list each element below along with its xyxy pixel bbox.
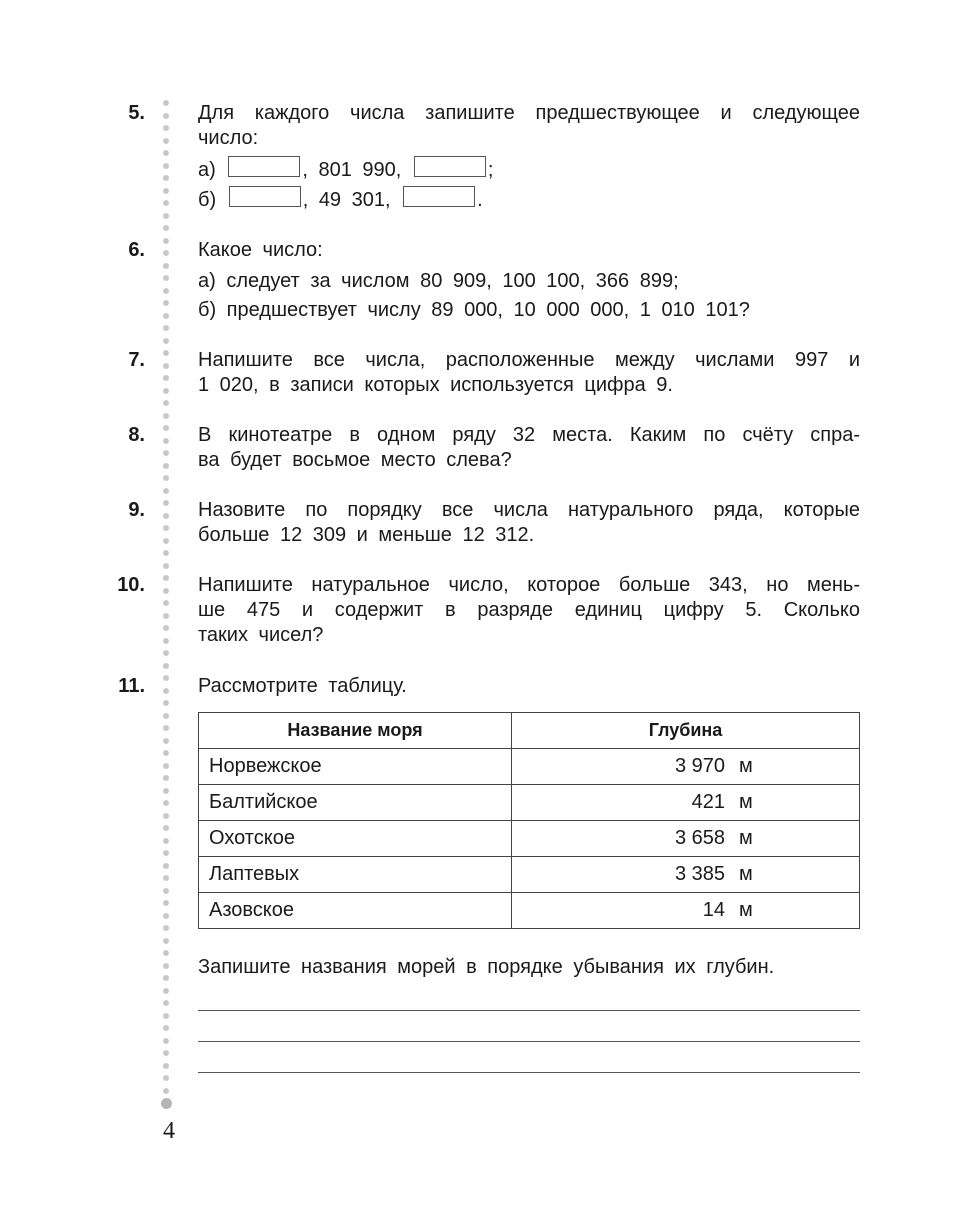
margin-dot	[163, 375, 169, 381]
margin-dot	[163, 300, 169, 306]
margin-dot	[163, 163, 169, 169]
margin-dot	[163, 513, 169, 519]
margin-dot	[163, 400, 169, 406]
margin-dot	[163, 925, 169, 931]
margin-dot	[163, 325, 169, 331]
sea-depth-cell: 3 658м	[512, 821, 860, 857]
margin-dot	[163, 288, 169, 294]
margin-dot	[163, 413, 169, 419]
task-5-a-next-box[interactable]	[414, 156, 486, 177]
margin-dot	[163, 238, 169, 244]
depth-value: 14	[703, 899, 725, 921]
margin-dot	[163, 250, 169, 256]
depth-unit: м	[739, 827, 753, 850]
margin-dot	[163, 1000, 169, 1006]
margin-dot	[163, 1050, 169, 1056]
depth-unit: м	[739, 791, 753, 814]
task-11-instruction: Запишите названия морей в порядке убыван…	[198, 955, 860, 980]
margin-dot	[163, 988, 169, 994]
seas-depth-table: Название моря Глубина Норвежское3 970мБа…	[198, 712, 860, 929]
margin-dot	[163, 525, 169, 531]
task-8-line2: ва будет восьмое место слева?	[198, 448, 860, 473]
header-depth: Глубина	[512, 713, 860, 749]
margin-dot	[163, 963, 169, 969]
period: .	[477, 189, 483, 211]
task-10-number: 10.	[117, 573, 145, 598]
sea-name-cell: Балтийское	[199, 785, 512, 821]
sea-depth-cell: 14м	[512, 893, 860, 929]
table-header-row: Название моря Глубина	[199, 713, 860, 749]
margin-dot	[163, 388, 169, 394]
margin-dot	[163, 225, 169, 231]
margin-dot	[163, 1025, 169, 1031]
sea-name-cell: Азовское	[199, 893, 512, 929]
margin-dot	[163, 888, 169, 894]
task-9-line1: Назовите по порядку все числа натурально…	[198, 498, 860, 523]
margin-dot	[163, 1088, 169, 1094]
margin-dot	[163, 363, 169, 369]
margin-dot	[163, 713, 169, 719]
margin-dot	[163, 550, 169, 556]
margin-dot	[163, 850, 169, 856]
margin-dot	[163, 775, 169, 781]
margin-dot	[163, 500, 169, 506]
margin-dot	[163, 188, 169, 194]
margin-dot	[163, 625, 169, 631]
margin-dot	[163, 838, 169, 844]
task-7-line2: 1 020, в записи которых используется циф…	[198, 373, 860, 398]
margin-dot	[163, 825, 169, 831]
sea-depth-cell: 421м	[512, 785, 860, 821]
task-6-b: б) предшествует числу 89 000, 10 000 000…	[198, 296, 860, 325]
answer-line-2[interactable]	[198, 1041, 860, 1042]
margin-dot	[163, 913, 169, 919]
task-5-text-line1: Для каждого числа запишите предшествующе…	[198, 101, 860, 126]
depth-unit: м	[739, 863, 753, 886]
task-6: Какое число: а) следует за числом 80 909…	[198, 238, 860, 325]
semicolon: ;	[488, 159, 494, 181]
margin-dot	[163, 313, 169, 319]
task-11-text: Рассмотрите таблицу.	[198, 674, 860, 699]
sea-name-cell: Лаптевых	[199, 857, 512, 893]
margin-dot	[163, 263, 169, 269]
margin-dot	[163, 613, 169, 619]
table-row: Норвежское3 970м	[199, 749, 860, 785]
margin-dot	[163, 788, 169, 794]
task-7-line1: Напишите все числа, расположенные между …	[198, 348, 860, 373]
table-row: Балтийское421м	[199, 785, 860, 821]
table-row: Лаптевых3 385м	[199, 857, 860, 893]
task-5-b-previous-box[interactable]	[229, 186, 301, 207]
margin-dot	[163, 875, 169, 881]
margin-dot	[163, 900, 169, 906]
margin-dot	[163, 600, 169, 606]
margin-dot	[163, 813, 169, 819]
margin-dot	[163, 538, 169, 544]
task-9: Назовите по порядку все числа натурально…	[198, 498, 860, 548]
task-10-line3: таких чисел?	[198, 623, 860, 648]
task-5-b-row: б) , 49 301, .	[198, 185, 860, 215]
task-9-line2: больше 12 309 и меньше 12 312.	[198, 523, 860, 548]
sea-depth-cell: 3 385м	[512, 857, 860, 893]
margin-end-dot	[161, 1098, 172, 1109]
task-7-number: 7.	[128, 348, 145, 373]
task-10-line2: ше 475 и содержит в разряде единиц цифру…	[198, 598, 860, 623]
margin-dot	[163, 150, 169, 156]
task-6-text: Какое число:	[198, 238, 860, 263]
sea-name-cell: Охотское	[199, 821, 512, 857]
margin-dot	[163, 575, 169, 581]
margin-dot	[163, 950, 169, 956]
margin-dot	[163, 763, 169, 769]
margin-dot	[163, 438, 169, 444]
task-6-a: а) следует за числом 80 909, 100 100, 36…	[198, 267, 860, 296]
margin-dot	[163, 138, 169, 144]
comma: ,	[303, 189, 309, 211]
comma: ,	[302, 159, 308, 181]
margin-dotted-line	[161, 100, 171, 1110]
margin-dot	[163, 738, 169, 744]
margin-dot	[163, 338, 169, 344]
task-5-b-value: 49 301,	[319, 189, 391, 211]
margin-dot	[163, 100, 169, 106]
task-5-b-next-box[interactable]	[403, 186, 475, 207]
margin-dot	[163, 1063, 169, 1069]
task-8-number: 8.	[128, 423, 145, 448]
task-5-b-label: б)	[198, 189, 216, 211]
depth-value: 3 658	[675, 827, 725, 849]
task-5-a-previous-box[interactable]	[228, 156, 300, 177]
depth-value: 421	[692, 791, 725, 813]
margin-dot	[163, 213, 169, 219]
margin-dot	[163, 200, 169, 206]
margin-dot	[163, 650, 169, 656]
margin-dot	[163, 1075, 169, 1081]
margin-dot	[163, 113, 169, 119]
margin-dot	[163, 450, 169, 456]
margin-dot	[163, 638, 169, 644]
margin-dot	[163, 350, 169, 356]
answer-line-1[interactable]	[198, 1010, 860, 1011]
task-6-number: 6.	[128, 238, 145, 263]
margin-dot	[163, 800, 169, 806]
sea-depth-cell: 3 970м	[512, 749, 860, 785]
header-sea-name: Название моря	[199, 713, 512, 749]
margin-dot	[163, 1038, 169, 1044]
margin-dot	[163, 863, 169, 869]
margin-dot	[163, 563, 169, 569]
margin-dot	[163, 975, 169, 981]
task-5-a-value: 801 990,	[318, 159, 401, 181]
margin-dot	[163, 125, 169, 131]
margin-dot	[163, 588, 169, 594]
table-row: Охотское3 658м	[199, 821, 860, 857]
depth-value: 3 385	[675, 863, 725, 885]
task-5-number: 5.	[128, 101, 145, 126]
margin-dot	[163, 663, 169, 669]
task-11-number: 11.	[118, 674, 145, 699]
margin-dot	[163, 463, 169, 469]
task-7: Напишите все числа, расположенные между …	[198, 348, 860, 398]
task-5: Для каждого числа запишите предшествующе…	[198, 101, 860, 215]
depth-unit: м	[739, 899, 753, 922]
margin-dot	[163, 1013, 169, 1019]
task-10: Напишите натуральное число, которое боль…	[198, 573, 860, 648]
margin-dot	[163, 725, 169, 731]
task-8-line1: В кинотеатре в одном ряду 32 места. Каки…	[198, 423, 860, 448]
answer-line-3[interactable]	[198, 1072, 860, 1073]
margin-dot	[163, 175, 169, 181]
margin-dot	[163, 938, 169, 944]
margin-dot	[163, 275, 169, 281]
margin-dot	[163, 425, 169, 431]
page-number: 4	[163, 1118, 175, 1145]
margin-dot	[163, 475, 169, 481]
sea-name-cell: Норвежское	[199, 749, 512, 785]
task-5-a-label: а)	[198, 159, 216, 181]
task-5-text-line2: число:	[198, 126, 860, 151]
depth-unit: м	[739, 755, 753, 778]
margin-dot	[163, 675, 169, 681]
task-10-line1: Напишите натуральное число, которое боль…	[198, 573, 860, 598]
task-8: В кинотеатре в одном ряду 32 места. Каки…	[198, 423, 860, 473]
depth-value: 3 970	[675, 755, 725, 777]
task-9-number: 9.	[128, 498, 145, 523]
table-row: Азовское14м	[199, 893, 860, 929]
margin-dot	[163, 488, 169, 494]
margin-dot	[163, 688, 169, 694]
task-5-a-row: а) , 801 990, ;	[198, 155, 860, 185]
margin-dot	[163, 750, 169, 756]
margin-dot	[163, 700, 169, 706]
